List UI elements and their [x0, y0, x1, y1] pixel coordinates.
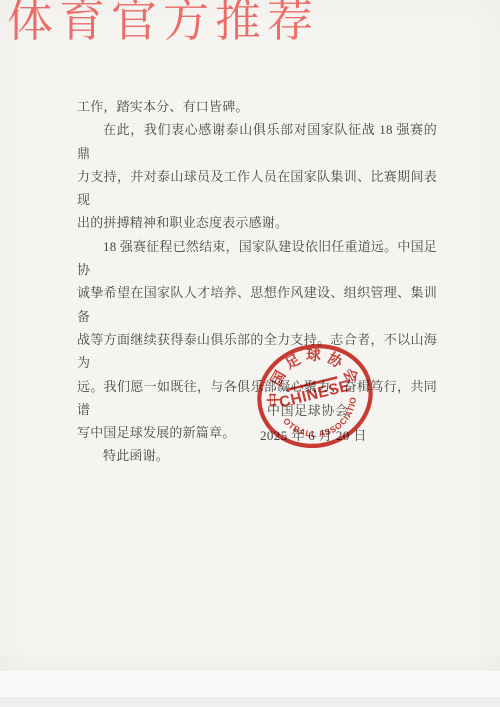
official-seal-stamp: 中国足球协会 CHINESE FOOTBALL ASSOCIATION [235, 321, 395, 471]
letter-line-2: 在此，我们衷心感谢泰山俱乐部对国家队征战 18 强赛的鼎 [77, 118, 437, 165]
letter-line-1: 工作，踏实本分、有口皆碑。 [77, 95, 437, 118]
scanned-letter-page: 体育官方推荐 工作，踏实本分、有口皆碑。 在此，我们衷心感谢泰山俱乐部对国家队征… [0, 0, 500, 707]
scan-artifact-band [0, 671, 500, 697]
letter-line-3: 力支持，并对泰山球员及工作人员在国家队集训、比赛期间表现 [77, 165, 437, 212]
watermark-text: 体育官方推荐 [7, 0, 319, 47]
letter-line-4: 出的拼搏精神和职业态度表示感谢。 [77, 211, 437, 234]
scan-artifact-band [0, 655, 500, 671]
scan-artifact-band [0, 697, 500, 707]
letter-line-5: 18 强赛征程已然结束，国家队建设依旧任重道远。中国足协 [77, 235, 437, 282]
